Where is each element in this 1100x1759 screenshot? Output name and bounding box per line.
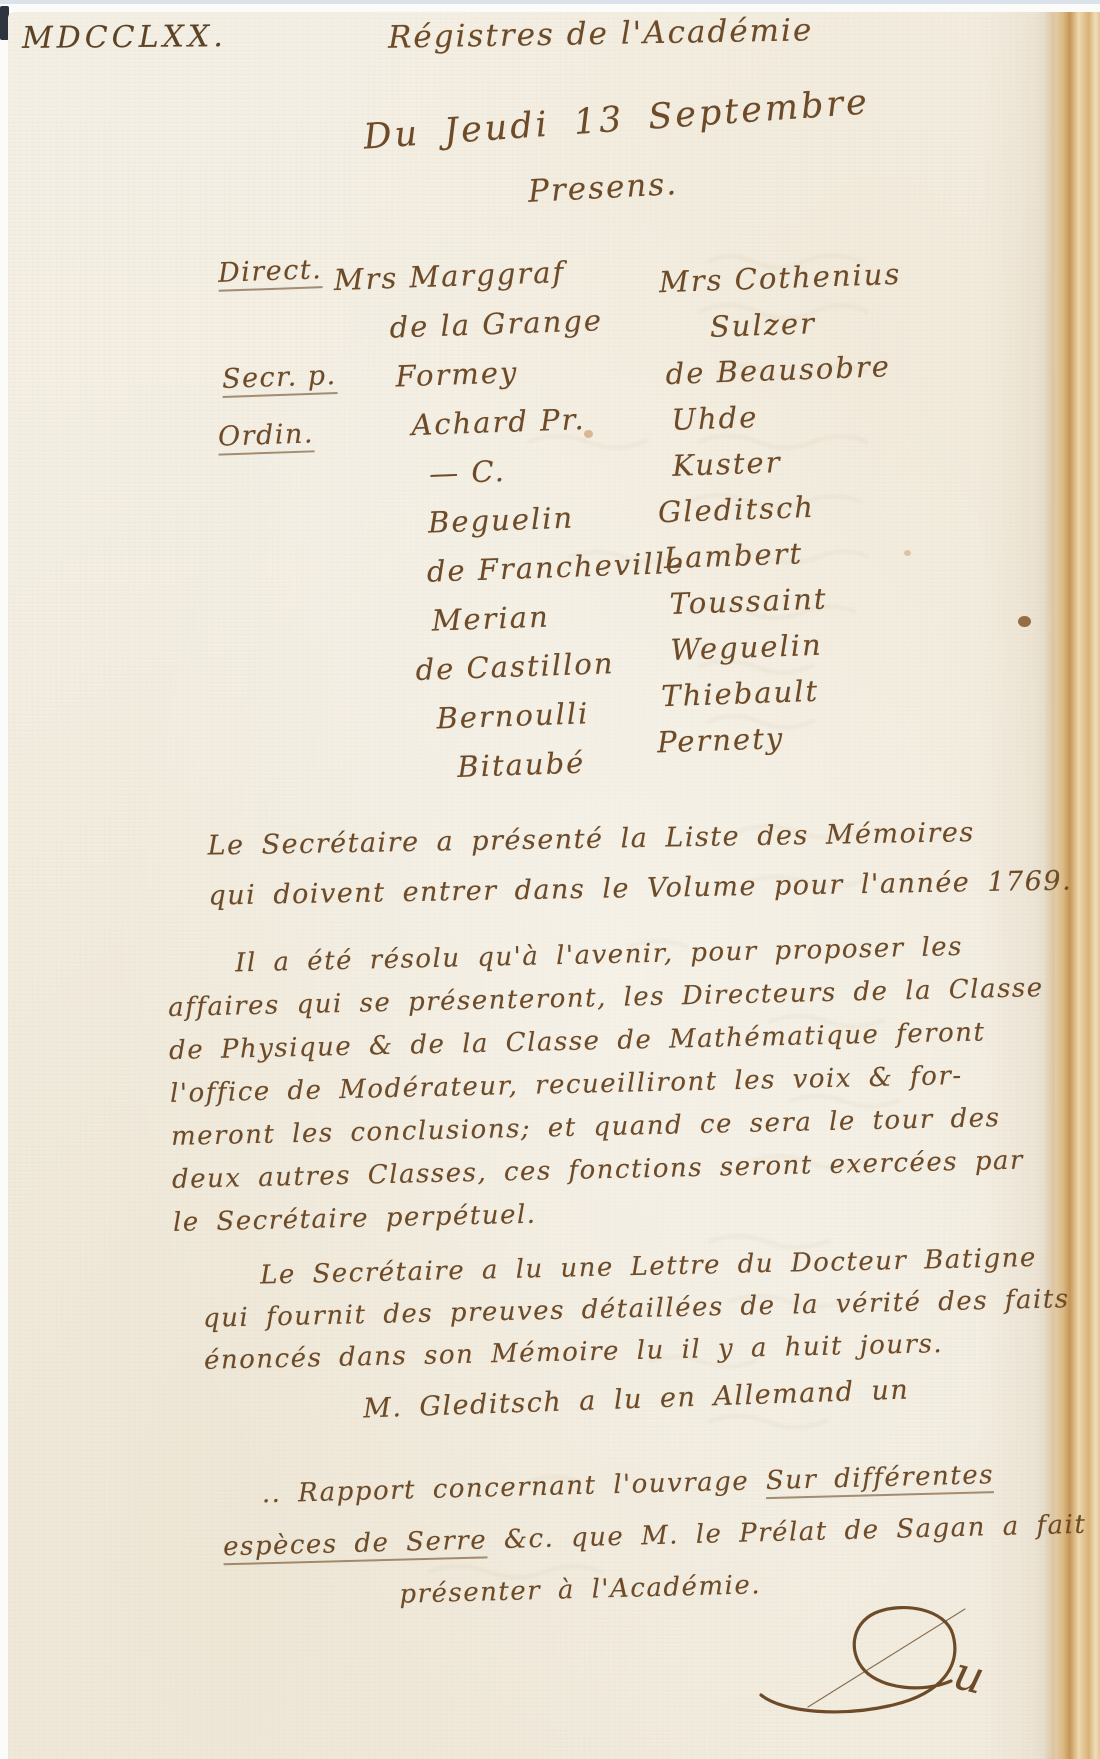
underlined-phrase: espèces de Serre [223, 1525, 488, 1565]
margin-label-direct: Direct. [217, 254, 322, 289]
manuscript-scan: { "page": { "year_marginal": "MDCCLXX.",… [0, 0, 1100, 1759]
paragraph-memoires: Le Secrétaire a présenté la Liste des Mé… [207, 806, 1072, 921]
attendee-name: Lambert [663, 527, 907, 581]
ink-spot [904, 550, 911, 556]
attendee-name: de Francheville [426, 539, 686, 597]
attendee-name: — C. [428, 441, 684, 499]
paragraph-resolution: Il a été résolu qu'à l'avenir, pour prop… [167, 924, 1049, 1245]
ink-spot [584, 430, 593, 438]
scan-edge [0, 0, 1100, 4]
underlined-phrase: Sur différentes [766, 1460, 995, 1499]
attendee-name: de Beausobre [665, 343, 904, 397]
year-marginal: MDCCLXX. [22, 19, 227, 56]
attendee-name: Sulzer [709, 297, 903, 350]
attendee-name: Mrs Cothenius [658, 251, 902, 305]
attendee-column-left: Mrs Marggraf de la Grange Formey Achard … [333, 247, 689, 792]
attendee-name: Beguelin [427, 490, 685, 548]
manuscript-page: MDCCLXX. Régistres de l'Académie Du Jeud… [8, 12, 1100, 1759]
line-text: &c. que M. le Prélat de Sagan a fait [487, 1510, 1087, 1556]
paragraph-lettre-docteur: Le Secrétaire a lu une Lettre du Docteur… [202, 1236, 1071, 1382]
attendee-name: Kuster [671, 435, 905, 489]
attendee-name: Uhde [671, 389, 905, 443]
ink-spot [1018, 616, 1031, 627]
margin-label-ordin: Ordin. [217, 418, 314, 452]
line-text: .. Rapport concernant l'ouvrage [261, 1466, 766, 1509]
register-title: Régistres de l'Académie [388, 12, 814, 55]
attendee-name: Bitaubé [456, 735, 689, 792]
attendee-name: Pernety [656, 711, 910, 766]
margin-label-secr: Secr. p. [221, 360, 337, 395]
catchword-flourish: u [753, 1595, 1003, 1740]
attendee-name: Bernoulli [436, 686, 689, 744]
attendee-column-right: Mrs Cothenius Sulzer de Beausobre Uhde K… [654, 253, 910, 763]
attendee-name: Toussaint [669, 573, 908, 627]
